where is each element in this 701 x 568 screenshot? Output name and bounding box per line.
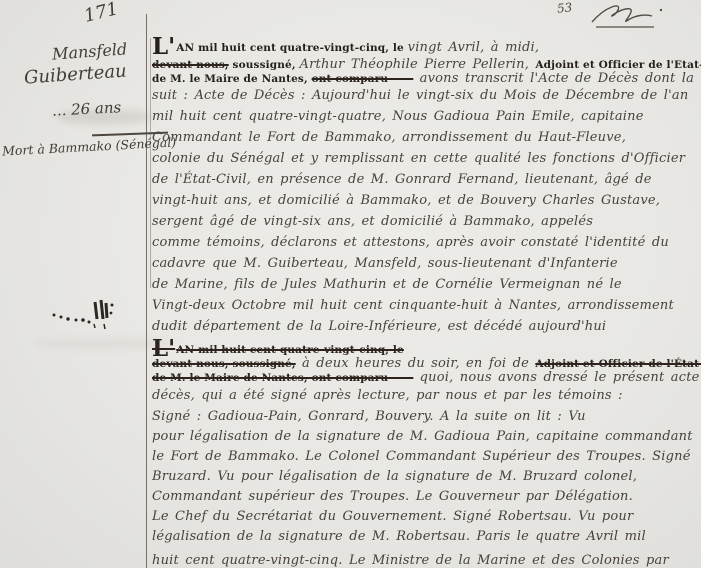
handwritten-text: vingt Avril, à midi,: [408, 40, 540, 55]
text-line: Bruzard. Vu pour légalisation de la sign…: [152, 467, 637, 484]
printed-text-struck: ont comparu ——: [312, 73, 414, 85]
text-line: colonie du Sénégal et y remplissant en c…: [152, 149, 685, 166]
handwritten-text: avons transcrit l'Acte de Décès dont la …: [413, 71, 701, 86]
printed-text: de M. le Maire de Nantes,: [152, 73, 312, 85]
handwritten-text: vingt-huit ans, et domicilié à Bammako, …: [152, 193, 660, 208]
handwritten-text: cadavre que M. Guiberteau, Mansfeld, sou…: [152, 256, 618, 271]
handwritten-text: Vingt-deux Octobre mil huit cent cinquan…: [152, 298, 674, 313]
handwritten-text: Le Chef du Secrétariat du Gouvernement. …: [152, 509, 633, 524]
handwritten-text: Signé : Gadioua-Pain, Gonrard, Bouvery. …: [152, 409, 586, 424]
text-line: légalisation de la signature de M. Rober…: [152, 527, 646, 544]
printed-text: AN mil huit cent quatre-vingt-cinq, le: [176, 42, 407, 54]
handwritten-text: Commandant supérieur des Troupes. Le Gou…: [152, 489, 633, 504]
handwritten-text: colonie du Sénégal et y remplissant en c…: [152, 151, 685, 166]
text-line: pour légalisation de la signature de M. …: [152, 427, 693, 444]
handwritten-text: pour légalisation de la signature de M. …: [152, 429, 693, 444]
text-line: suit : Acte de Décès : Aujourd'hui le vi…: [152, 86, 688, 103]
printed-text-struck: de M. le Maire de Nantes, ont comparu ——: [152, 372, 413, 384]
handwritten-text: légalisation de la signature de M. Rober…: [152, 529, 646, 544]
handwritten-text: comme témoins, déclarons et attestons, a…: [152, 235, 669, 250]
deceased-age: ... 26 ans: [52, 98, 122, 120]
document-lines: L'AN mil huit cent quatre-vingt-cinq, le…: [152, 0, 701, 568]
handwritten-text: mil huit cent quatre-vingt-quatre, Nous …: [152, 109, 644, 124]
text-line: Commandant le Fort de Bammako, arrondiss…: [152, 128, 626, 145]
handwritten-text: de l'État-Civil, en présence de M. Gonra…: [152, 172, 652, 187]
handwritten-text: de Marine, fils de Jules Mathurin et de …: [152, 277, 622, 292]
text-line: décès, qui a été signé après lecture, pa…: [152, 386, 623, 403]
handwritten-text: décès, qui a été signé après lecture, pa…: [152, 388, 623, 403]
text-line: comme témoins, déclarons et attestons, a…: [152, 233, 669, 250]
text-line: Vingt-deux Octobre mil huit cent cinquan…: [152, 296, 674, 313]
text-line: de Marine, fils de Jules Mathurin et de …: [152, 275, 622, 292]
ink-blot: [48, 293, 118, 338]
handwritten-text: dudit département de la Loire-Inférieure…: [152, 319, 606, 334]
text-line: vingt-huit ans, et domicilié à Bammako, …: [152, 191, 660, 208]
handwritten-text: quoi, nous avons dressé le présent acte …: [413, 370, 701, 385]
handwritten-text: huit cent quatre-vingt-cinq. Le Ministre…: [152, 553, 669, 568]
deceased-surname: Guiberteau: [23, 60, 127, 88]
text-line: L'AN mil huit cent quatre-vingt-cinq, le…: [152, 38, 539, 56]
handwritten-text: le Fort de Bammako. Le Colonel Commandan…: [152, 449, 691, 464]
act-number: 171: [82, 0, 120, 27]
text-line: le Fort de Bammako. Le Colonel Commandan…: [152, 447, 691, 464]
handwritten-text: Bruzard. Vu pour légalisation de la sign…: [152, 469, 637, 484]
margin-rule-secondary: [150, 38, 151, 288]
text-line: dudit département de la Loire-Inférieure…: [152, 317, 606, 334]
text-line: de M. le Maire de Nantes, ont comparu ——…: [152, 368, 701, 386]
handwritten-text: suit : Acte de Décès : Aujourd'hui le vi…: [152, 88, 688, 103]
deceased-forename: Mansfeld: [51, 39, 127, 63]
register-page-scan: 171 Mansfeld Guiberteau ... 26 ans Mort …: [0, 0, 701, 568]
handwritten-text: sergent âgé de vingt-six ans, et domicil…: [152, 214, 593, 229]
text-line: Le Chef du Secrétariat du Gouvernement. …: [152, 507, 633, 524]
text-line: mil huit cent quatre-vingt-quatre, Nous …: [152, 107, 644, 124]
handwritten-text: Commandant le Fort de Bammako, arrondiss…: [152, 130, 626, 145]
text-line: huit cent quatre-vingt-cinq. Le Ministre…: [152, 551, 669, 568]
text-line: Signé : Gadioua-Pain, Gonrard, Bouvery. …: [152, 407, 586, 424]
text-line: Commandant supérieur des Troupes. Le Gou…: [152, 487, 633, 504]
text-line: de M. le Maire de Nantes, ont comparu ——…: [152, 69, 701, 87]
text-line: cadavre que M. Guiberteau, Mansfeld, sou…: [152, 254, 618, 271]
margin-rule: [146, 14, 147, 568]
text-line: de l'État-Civil, en présence de M. Gonra…: [152, 170, 652, 187]
text-line: sergent âgé de vingt-six ans, et domicil…: [152, 212, 593, 229]
